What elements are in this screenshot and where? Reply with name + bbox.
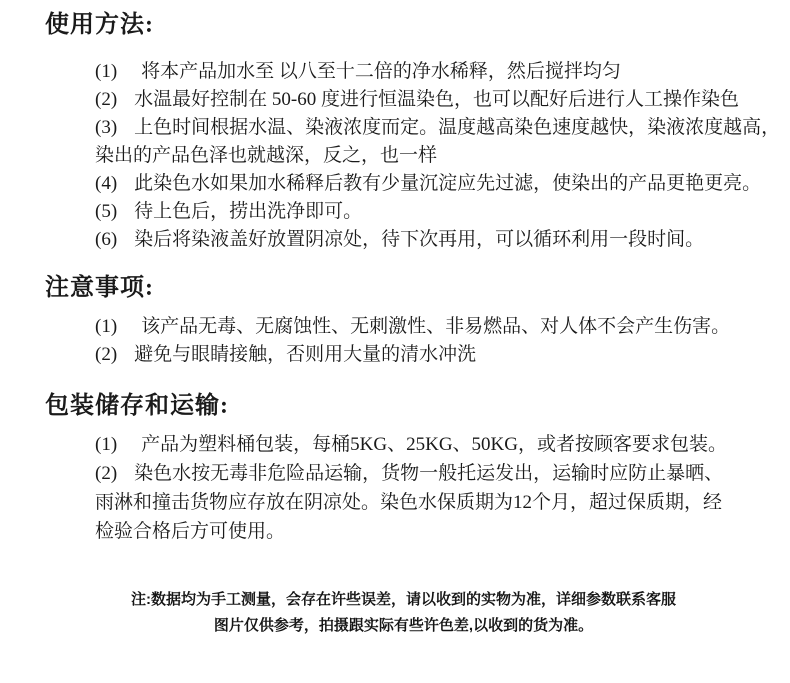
- list-item: (1)产品为塑料桶包装，每桶5KG、25KG、50KG，或者按顾客要求包装。: [95, 430, 762, 459]
- document: 使用方法: (1)将本产品加水至 以八至十二倍的净水稀释，然后搅拌均匀(2)水温…: [0, 0, 790, 639]
- item-number: (3): [95, 117, 117, 138]
- section-heading-notes: 注意事项:: [45, 271, 762, 305]
- list-item: (2)染色水按无毒非危险品运输，货物一般托运发出，运输时应防止暴晒、雨淋和撞击货…: [95, 459, 762, 546]
- item-number: (2): [95, 89, 117, 110]
- list-item: (1)将本产品加水至 以八至十二倍的净水稀释，然后搅拌均匀: [95, 58, 762, 86]
- item-text: 水温最好控制在 50-60 度进行恒温染色，也可以配好后进行人工操作染色: [134, 89, 739, 110]
- item-text: 避免与眼睛接触，否则用大量的清水冲洗: [134, 344, 476, 365]
- item-number: (1): [95, 61, 117, 82]
- footer-note-line: 注:数据均为手工测量，会存在许些误差，请以收到的实物为准，详细参数联系客服: [45, 587, 762, 613]
- footer-note-line: 图片仅供参考，拍摄跟实际有些许色差,以收到的货为准。: [45, 613, 762, 639]
- item-number: (4): [95, 173, 117, 194]
- list-item: (4)此染色水如果加水稀释后教有少量沉淀应先过滤，使染出的产品更艳更亮。: [95, 170, 762, 198]
- item-text: 产品为塑料桶包装，每桶5KG、25KG、50KG，或者按顾客要求包装。: [141, 434, 727, 455]
- item-number: (2): [95, 463, 117, 484]
- item-text: 染色水按无毒非危险品运输，货物一般托运发出，运输时应防止暴晒、: [134, 463, 723, 484]
- item-number: (1): [95, 316, 117, 337]
- list-item: (2)避免与眼睛接触，否则用大量的清水冲洗: [95, 341, 762, 369]
- notes-list: (1)该产品无毒、无腐蚀性、无刺激性、非易燃品、对人体不会产生伤害。(2)避免与…: [95, 313, 762, 369]
- item-text: 待上色后，捞出洗净即可。: [134, 201, 362, 222]
- usage-list: (1)将本产品加水至 以八至十二倍的净水稀释，然后搅拌均匀(2)水温最好控制在 …: [95, 58, 762, 254]
- footer-note: 注:数据均为手工测量，会存在许些误差，请以收到的实物为准，详细参数联系客服 图片…: [45, 587, 762, 639]
- item-text: 此染色水如果加水稀释后教有少量沉淀应先过滤，使染出的产品更艳更亮。: [134, 173, 761, 194]
- packaging-list: (1)产品为塑料桶包装，每桶5KG、25KG、50KG，或者按顾客要求包装。(2…: [95, 430, 762, 546]
- item-text: 该产品无毒、无腐蚀性、无刺激性、非易燃品、对人体不会产生伤害。: [141, 316, 730, 337]
- list-item: (6)染后将染液盖好放置阴凉处，待下次再用，可以循环利用一段时间。: [95, 226, 762, 254]
- item-text: 上色时间根据水温、染液浓度而定。温度越高染色速度越快，染液浓度越高，: [134, 117, 780, 138]
- item-text: 染后将染液盖好放置阴凉处，待下次再用，可以循环利用一段时间。: [134, 229, 704, 250]
- item-text: 将本产品加水至 以八至十二倍的净水稀释，然后搅拌均匀: [141, 61, 621, 82]
- item-number: (1): [95, 434, 117, 455]
- list-item: (5)待上色后，捞出洗净即可。: [95, 198, 762, 226]
- item-continuation-line: 检验合格后方可使用。: [95, 517, 762, 546]
- item-number: (6): [95, 229, 117, 250]
- item-number: (5): [95, 201, 117, 222]
- list-item: (2)水温最好控制在 50-60 度进行恒温染色，也可以配好后进行人工操作染色: [95, 86, 762, 114]
- list-item: (1)该产品无毒、无腐蚀性、无刺激性、非易燃品、对人体不会产生伤害。: [95, 313, 762, 341]
- section-heading-usage: 使用方法:: [45, 8, 762, 42]
- list-item: (3)上色时间根据水温、染液浓度而定。温度越高染色速度越快，染液浓度越高，染出的…: [95, 114, 762, 170]
- item-continuation-line: 雨淋和撞击货物应存放在阴凉处。染色水保质期为12个月，超过保质期，经: [95, 488, 762, 517]
- item-continuation-line: 染出的产品色泽也就越深，反之，也一样: [95, 142, 762, 170]
- item-number: (2): [95, 344, 117, 365]
- section-heading-packaging: 包装储存和运输:: [45, 389, 762, 423]
